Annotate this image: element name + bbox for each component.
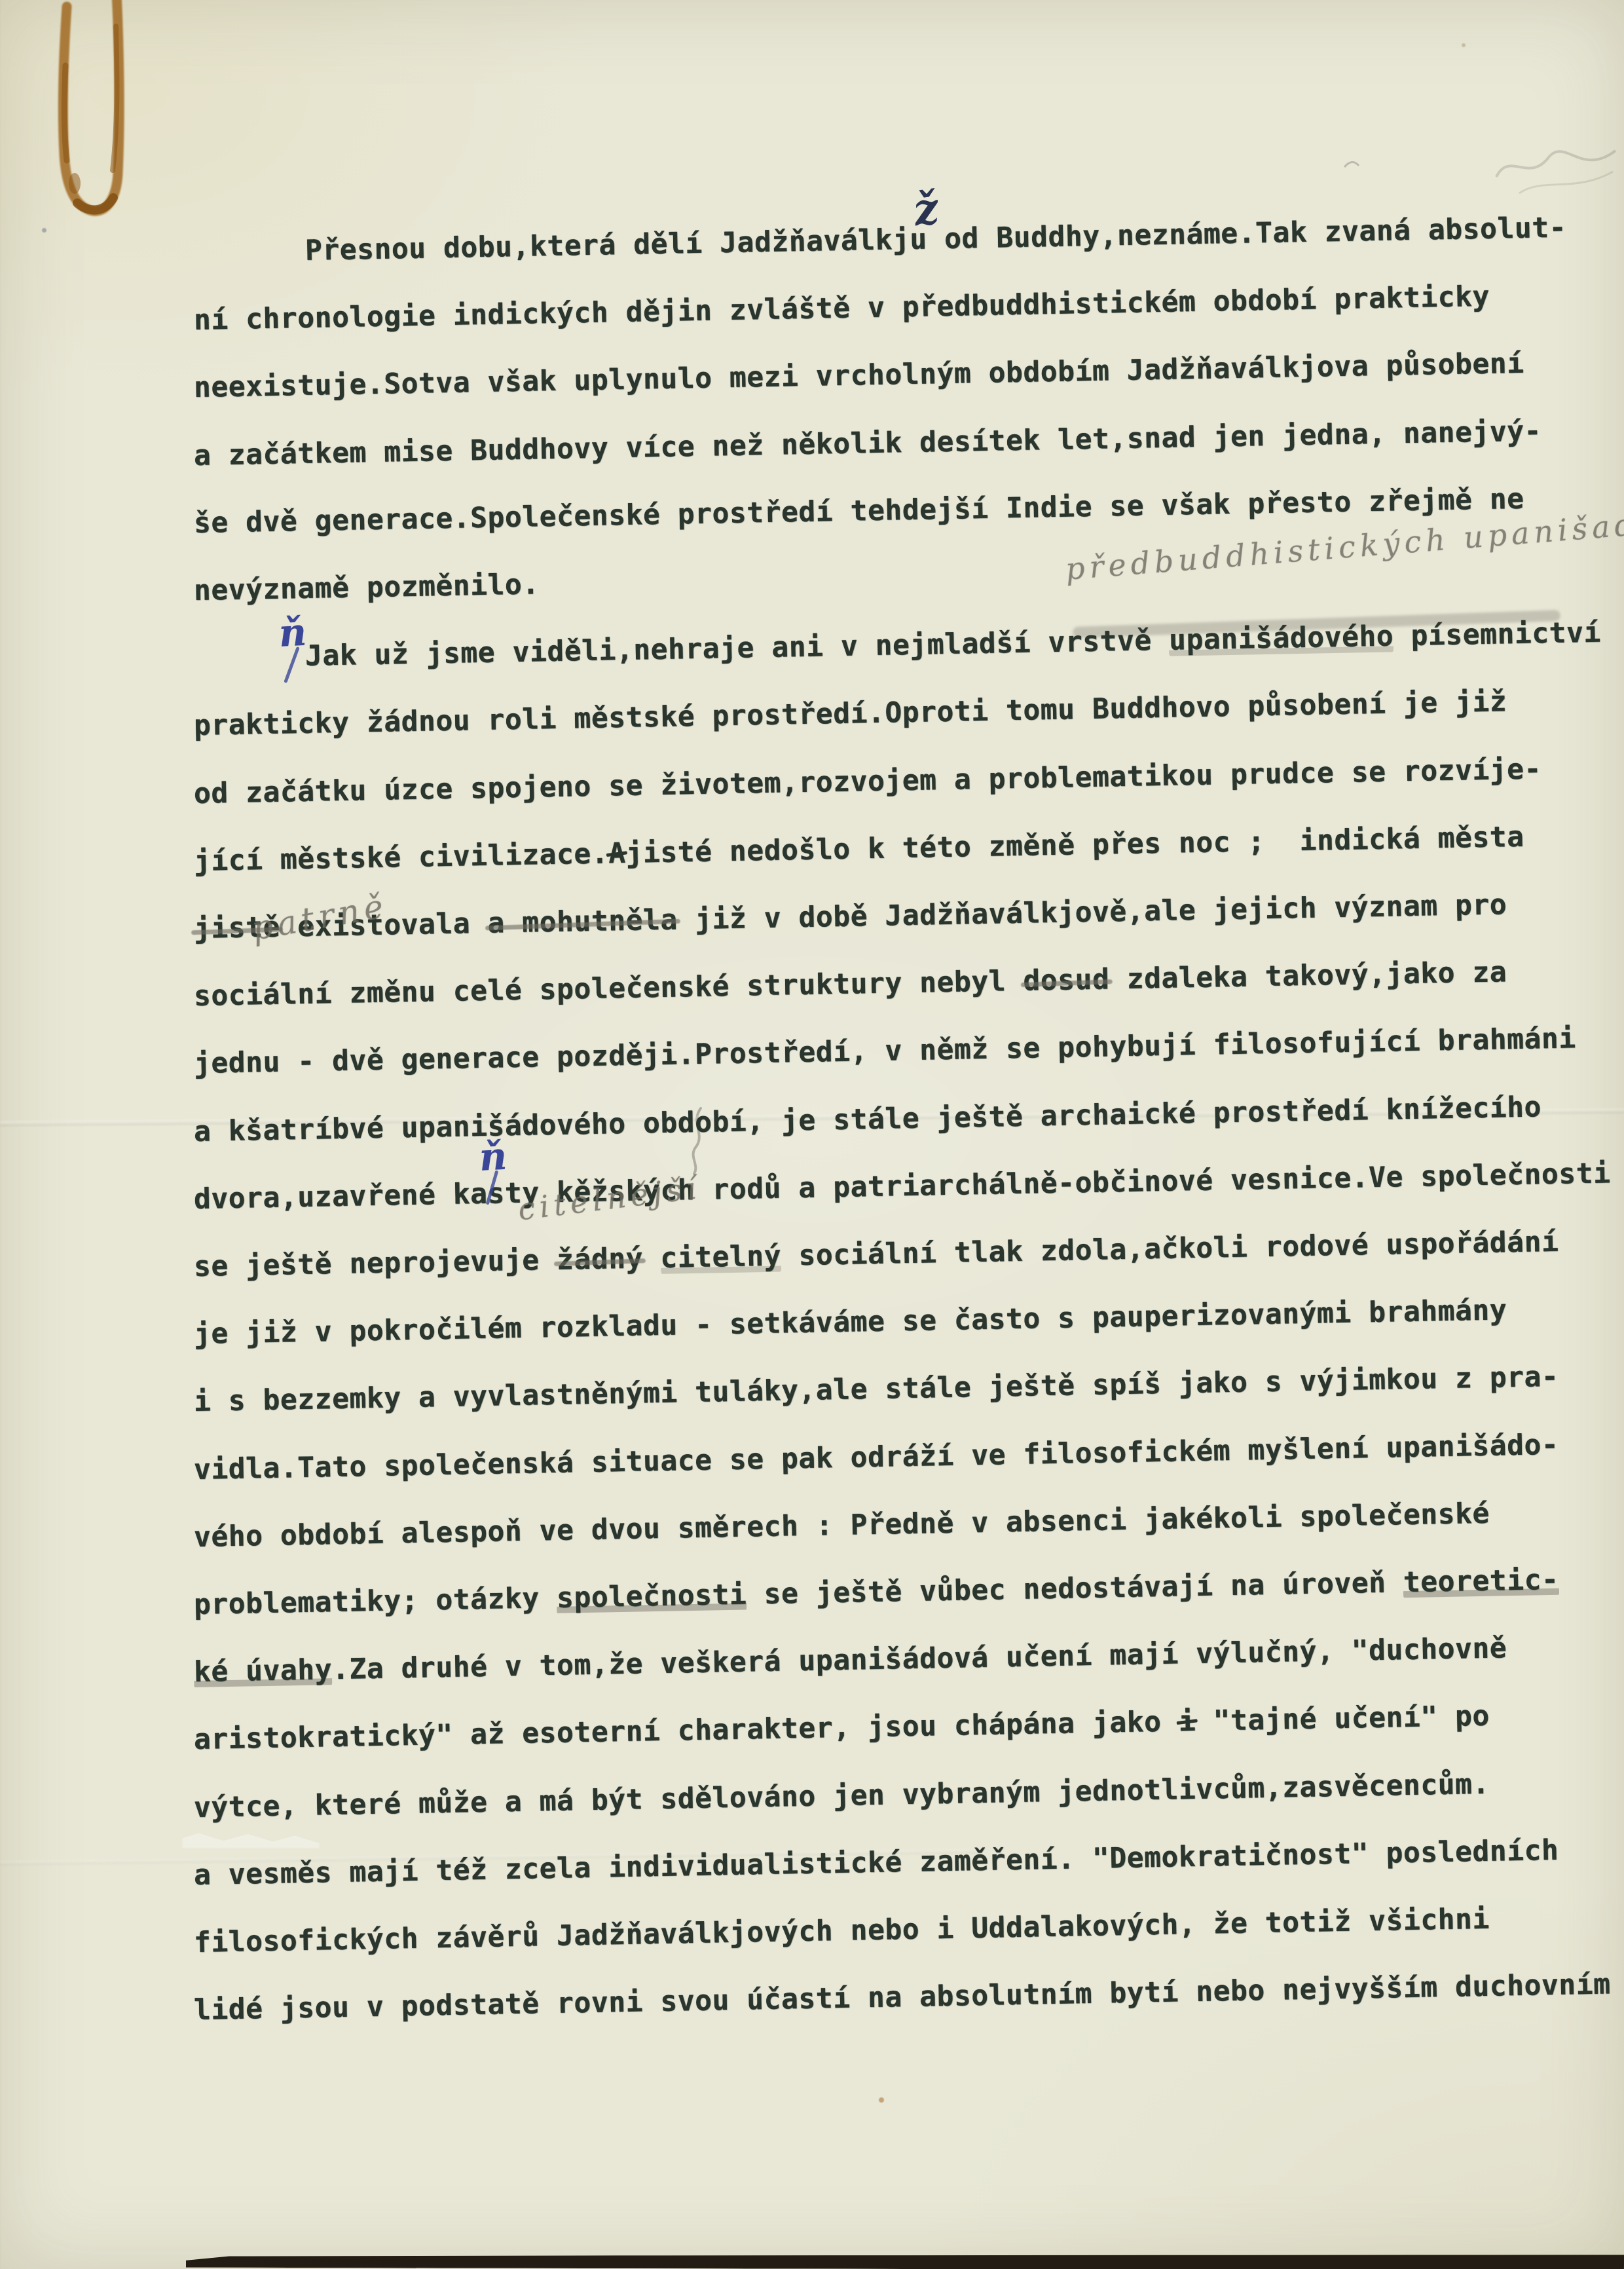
scanned-page: Přesnou dobu,která dělí Jadžňaválkju od …	[0, 0, 1624, 2269]
paper-speck	[42, 228, 46, 233]
blue-insert-n-2: ň	[478, 1134, 508, 1180]
handwritten-annotations: žpředbuddhistických upanišadňpatrněňcite…	[0, 0, 1624, 2269]
paper-speck	[879, 2097, 884, 2103]
pencil-note-upanisad: předbuddhistických upanišad	[1064, 506, 1624, 587]
ink-correction-z: ž	[910, 182, 942, 236]
blue-insert-n-1: ň	[278, 610, 308, 656]
pencil-note-citelnejsi: citelnější	[516, 1170, 703, 1228]
pencil-note-patrne: patrně	[249, 887, 390, 948]
paper-speck	[1462, 43, 1466, 47]
